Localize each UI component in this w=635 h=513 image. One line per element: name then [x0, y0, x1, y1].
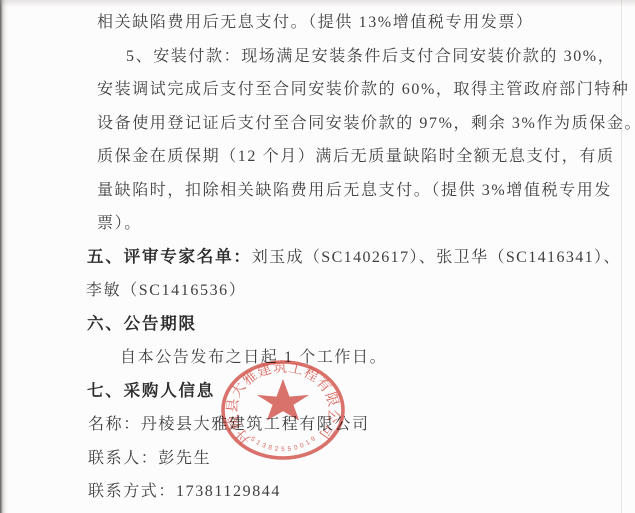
scanned-document-page: 相关缺陷费用后无息支付。（提供 13%增值税专用发票） 5、安装付款：现场满足安…	[0, 0, 635, 513]
text-line: 量缺陷时，扣除相关缺陷费用后无息支付。（提供 3%增值税专用发	[0, 174, 635, 208]
text-line: 质保金在质保期（12 个月）满后无质量缺陷时全额无息支付，有质	[0, 140, 635, 174]
text-line: 相关缺陷费用后无息支付。（提供 13%增值税专用发票）	[0, 6, 635, 40]
text-line: 安装调试完成后支付至合同安装价款的 60%，取得主管政府部门特种	[0, 73, 635, 107]
section-heading-label: 五、评审专家名单：	[87, 248, 252, 266]
text-line: 票）。	[0, 207, 635, 241]
expert-names-continued: 李敏（SC1416536）	[0, 274, 635, 308]
text-line: 5、安装付款：现场满足安装条件后支付合同安装价款的 30%，	[0, 40, 635, 74]
company-seal-stamp: 丹棱县大雅建筑工程有限公司 5138255001980	[213, 352, 353, 472]
text-line: 设备使用登记证后支付至合同安装价款的 97%，剩余 3%作为质保金。	[0, 107, 635, 141]
expert-names: 刘玉成（SC1402617）、张卫华（SC1416341）、	[252, 249, 621, 266]
section-heading-announcement-period: 六、公告期限	[0, 308, 635, 342]
seal-star-icon	[257, 379, 309, 421]
contact-phone: 联系方式：17381129844	[0, 475, 635, 509]
section-heading-experts: 五、评审专家名单：刘玉成（SC1402617）、张卫华（SC1416341）、	[0, 241, 635, 275]
